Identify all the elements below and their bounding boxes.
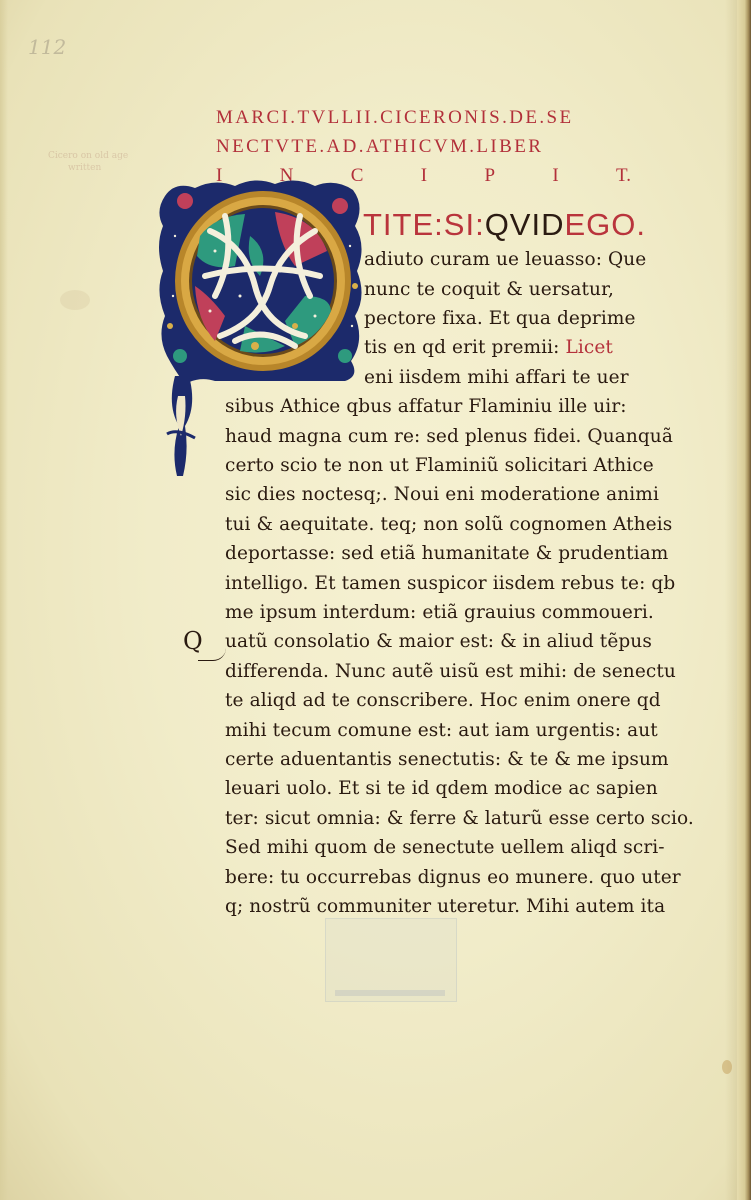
text-line: certo scio te non ut Flaminiũ solicitari… [225, 452, 654, 480]
text-line: differenda. Nunc autẽ uisũ est mihi: de … [225, 658, 676, 686]
ghost-note-line: written [48, 162, 128, 174]
stain [60, 290, 90, 310]
text-line: intelligo. Et tamen suspicor iisdem rebu… [225, 570, 675, 598]
text-line: q; nostrũ communiter uteretur. Mihi aute… [225, 893, 665, 921]
ghost-note-line: Cicero on old age [48, 150, 128, 162]
show-through-text [335, 990, 445, 996]
opening-red-text: TITE:SI: [363, 207, 485, 242]
q-tail-flourish [198, 648, 226, 661]
text-line: certe aduentantis senectutis: & te & me … [225, 746, 669, 774]
text-line: Sed mihi quom de senectute uellem aliqd … [225, 834, 665, 862]
text-line: me ipsum interdum: etiã grauius commouer… [225, 599, 654, 627]
text-line: nunc te coquit & uersatur, [364, 276, 614, 304]
rubricated-word: Licet [566, 337, 613, 358]
text-line: tui & aequitate. teq; non solũ cognomen … [225, 511, 672, 539]
text-line: leuari uolo. Et si te id qdem modice ac … [225, 775, 658, 803]
manuscript-page: 112 Cicero on old age written MARCI.TVLL… [0, 0, 751, 1200]
incipit-letter: I [552, 165, 558, 187]
incipit-letter: I [421, 165, 427, 187]
page-edge-shadow [725, 0, 737, 1200]
text-line: mihi tecum comune est: aut iam urgentis:… [225, 717, 658, 745]
page-right-edge [737, 0, 751, 1200]
text-segment: tis en qd erit premii: [364, 337, 560, 358]
incipit-letter: P [484, 165, 495, 187]
text-line: eni iisdem mihi affari te uer [364, 364, 629, 392]
text-line: deportasse: sed etiã humanitate & pruden… [225, 540, 668, 568]
opening-red-text-2: EGO. [564, 207, 646, 242]
opening-words: TITE:SI:QVIDEGO. [363, 208, 646, 242]
text-line: haud magna cum re: sed plenus fidei. Qua… [225, 423, 673, 451]
text-line: sibus Athice qbus affatur Flaminiu ille … [225, 393, 627, 421]
folio-number-faint: 112 [28, 35, 70, 65]
text-line: uatũ consolatio & maior est: & in aliud … [225, 628, 652, 656]
text-line: pectore fixa. Et qua deprime [364, 305, 636, 333]
text-line: tis en qd erit premii: Licet [364, 334, 613, 362]
rubric-title-line-2: NECTVTE.AD.ATHICVM.LIBER [216, 136, 656, 158]
text-line: adiuto curam ue leuasso: Que [364, 246, 646, 274]
text-line: bere: tu occurrebas dignus eo munere. qu… [225, 864, 681, 892]
text-line: ter: sicut omnia: & ferre & laturũ esse … [225, 805, 694, 833]
text-line: sic dies noctesq;. Noui eni moderatione … [225, 481, 659, 509]
text-line: te aliqd ad te conscribere. Hoc enim one… [225, 687, 661, 715]
ghost-margin-note: Cicero on old age written [48, 150, 128, 174]
stain [722, 1060, 732, 1074]
rubric-title-line-1: MARCI.TVLLII.CICERONIS.DE.SE [216, 107, 656, 129]
incipit-letter: T. [616, 165, 631, 187]
page-left-edge [0, 0, 8, 1200]
opening-black-text: QVID [485, 207, 565, 242]
